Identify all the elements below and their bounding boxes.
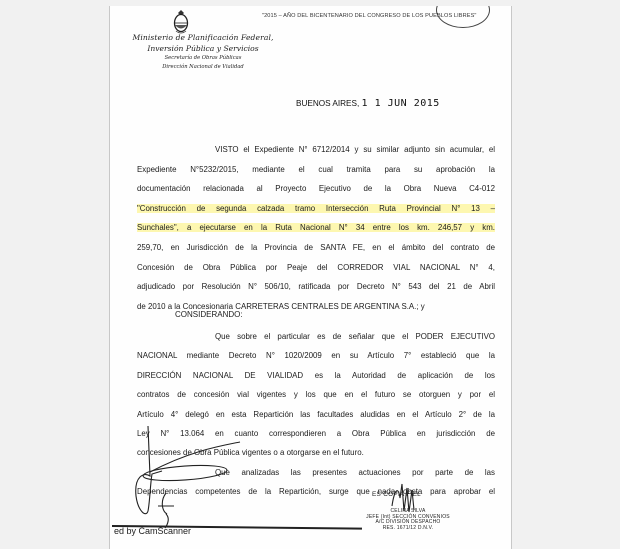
document-line: Sunchales", a ejecutarse en la Ruta Naci… [137,218,495,238]
document-line: "Construcción de segunda calzada tramo I… [137,199,495,219]
document-line: Dependencias competentes de la Repartici… [137,482,495,501]
document-line: Artículo 4° delegó en esta Repartición l… [137,405,495,424]
document-line: Concesión de Obra Pública por Peaje del … [137,258,495,278]
scanner-watermark: ed by CamScanner [114,526,191,536]
document-line: documentación relacionada al Proyecto Ej… [137,179,495,199]
document-line: Que sobre el particular es de señalar qu… [137,327,495,346]
document-line: Ley N° 13.064 en cuanto correspondieren … [137,424,495,443]
document-line: NACIONAL mediante Decreto N° 1020/2009 e… [137,346,495,365]
date-line: BUENOS AIRES, 1 1 JUN 2015 [296,98,440,109]
document-line: 259,70, en Jurisdicción de la Provincia … [137,238,495,258]
ministry-line: Inversión Pública y Servicios [118,45,288,53]
coat-of-arms-icon [172,8,190,36]
document-line: Expediente N°5232/2015, mediante el cual… [137,160,495,180]
document-line: adjudicado por Resolución N° 506/10, rat… [137,277,495,297]
considerando-paragraphs: Que sobre el particular es de señalar qu… [137,327,495,502]
document-line: Que analizadas las presentes actuaciones… [137,463,495,482]
document-line: concesiones de Obra Pública vigentes o a… [137,443,495,462]
document-line: contratos de concesión vial vigentes y l… [137,385,495,404]
certified-copy-label: ES COPIA FIEL [372,491,421,498]
considerando-heading: CONSIDERANDO: [175,310,243,319]
ministry-line: Dirección Nacional de Vialidad [118,65,288,70]
stamped-date: 1 1 JUN 2015 [362,98,440,109]
ministry-letterhead: Ministerio de Planificación Federal, Inv… [118,34,288,71]
document-line: VISTO el Expediente N° 6712/2014 y su si… [137,140,495,160]
ministry-line: Secretaría de Obras Públicas [118,56,288,61]
ministry-line: Ministerio de Planificación Federal, [118,34,288,42]
place-label: BUENOS AIRES, [296,99,359,108]
scanned-document-page: Ministerio de Planificación Federal, Inv… [109,6,512,549]
document-line: DIRECCIÓN NACIONAL DE VIALIDAD es la Aut… [137,366,495,385]
visto-paragraph: VISTO el Expediente N° 6712/2014 y su si… [137,140,495,316]
signer-line: RES. 1671/12 D.N.V. [353,526,463,532]
ink-stamp [436,6,490,28]
signer-block: CELINA SILVA JEFE (Int) SECCIÓN CONVENIO… [353,509,463,531]
